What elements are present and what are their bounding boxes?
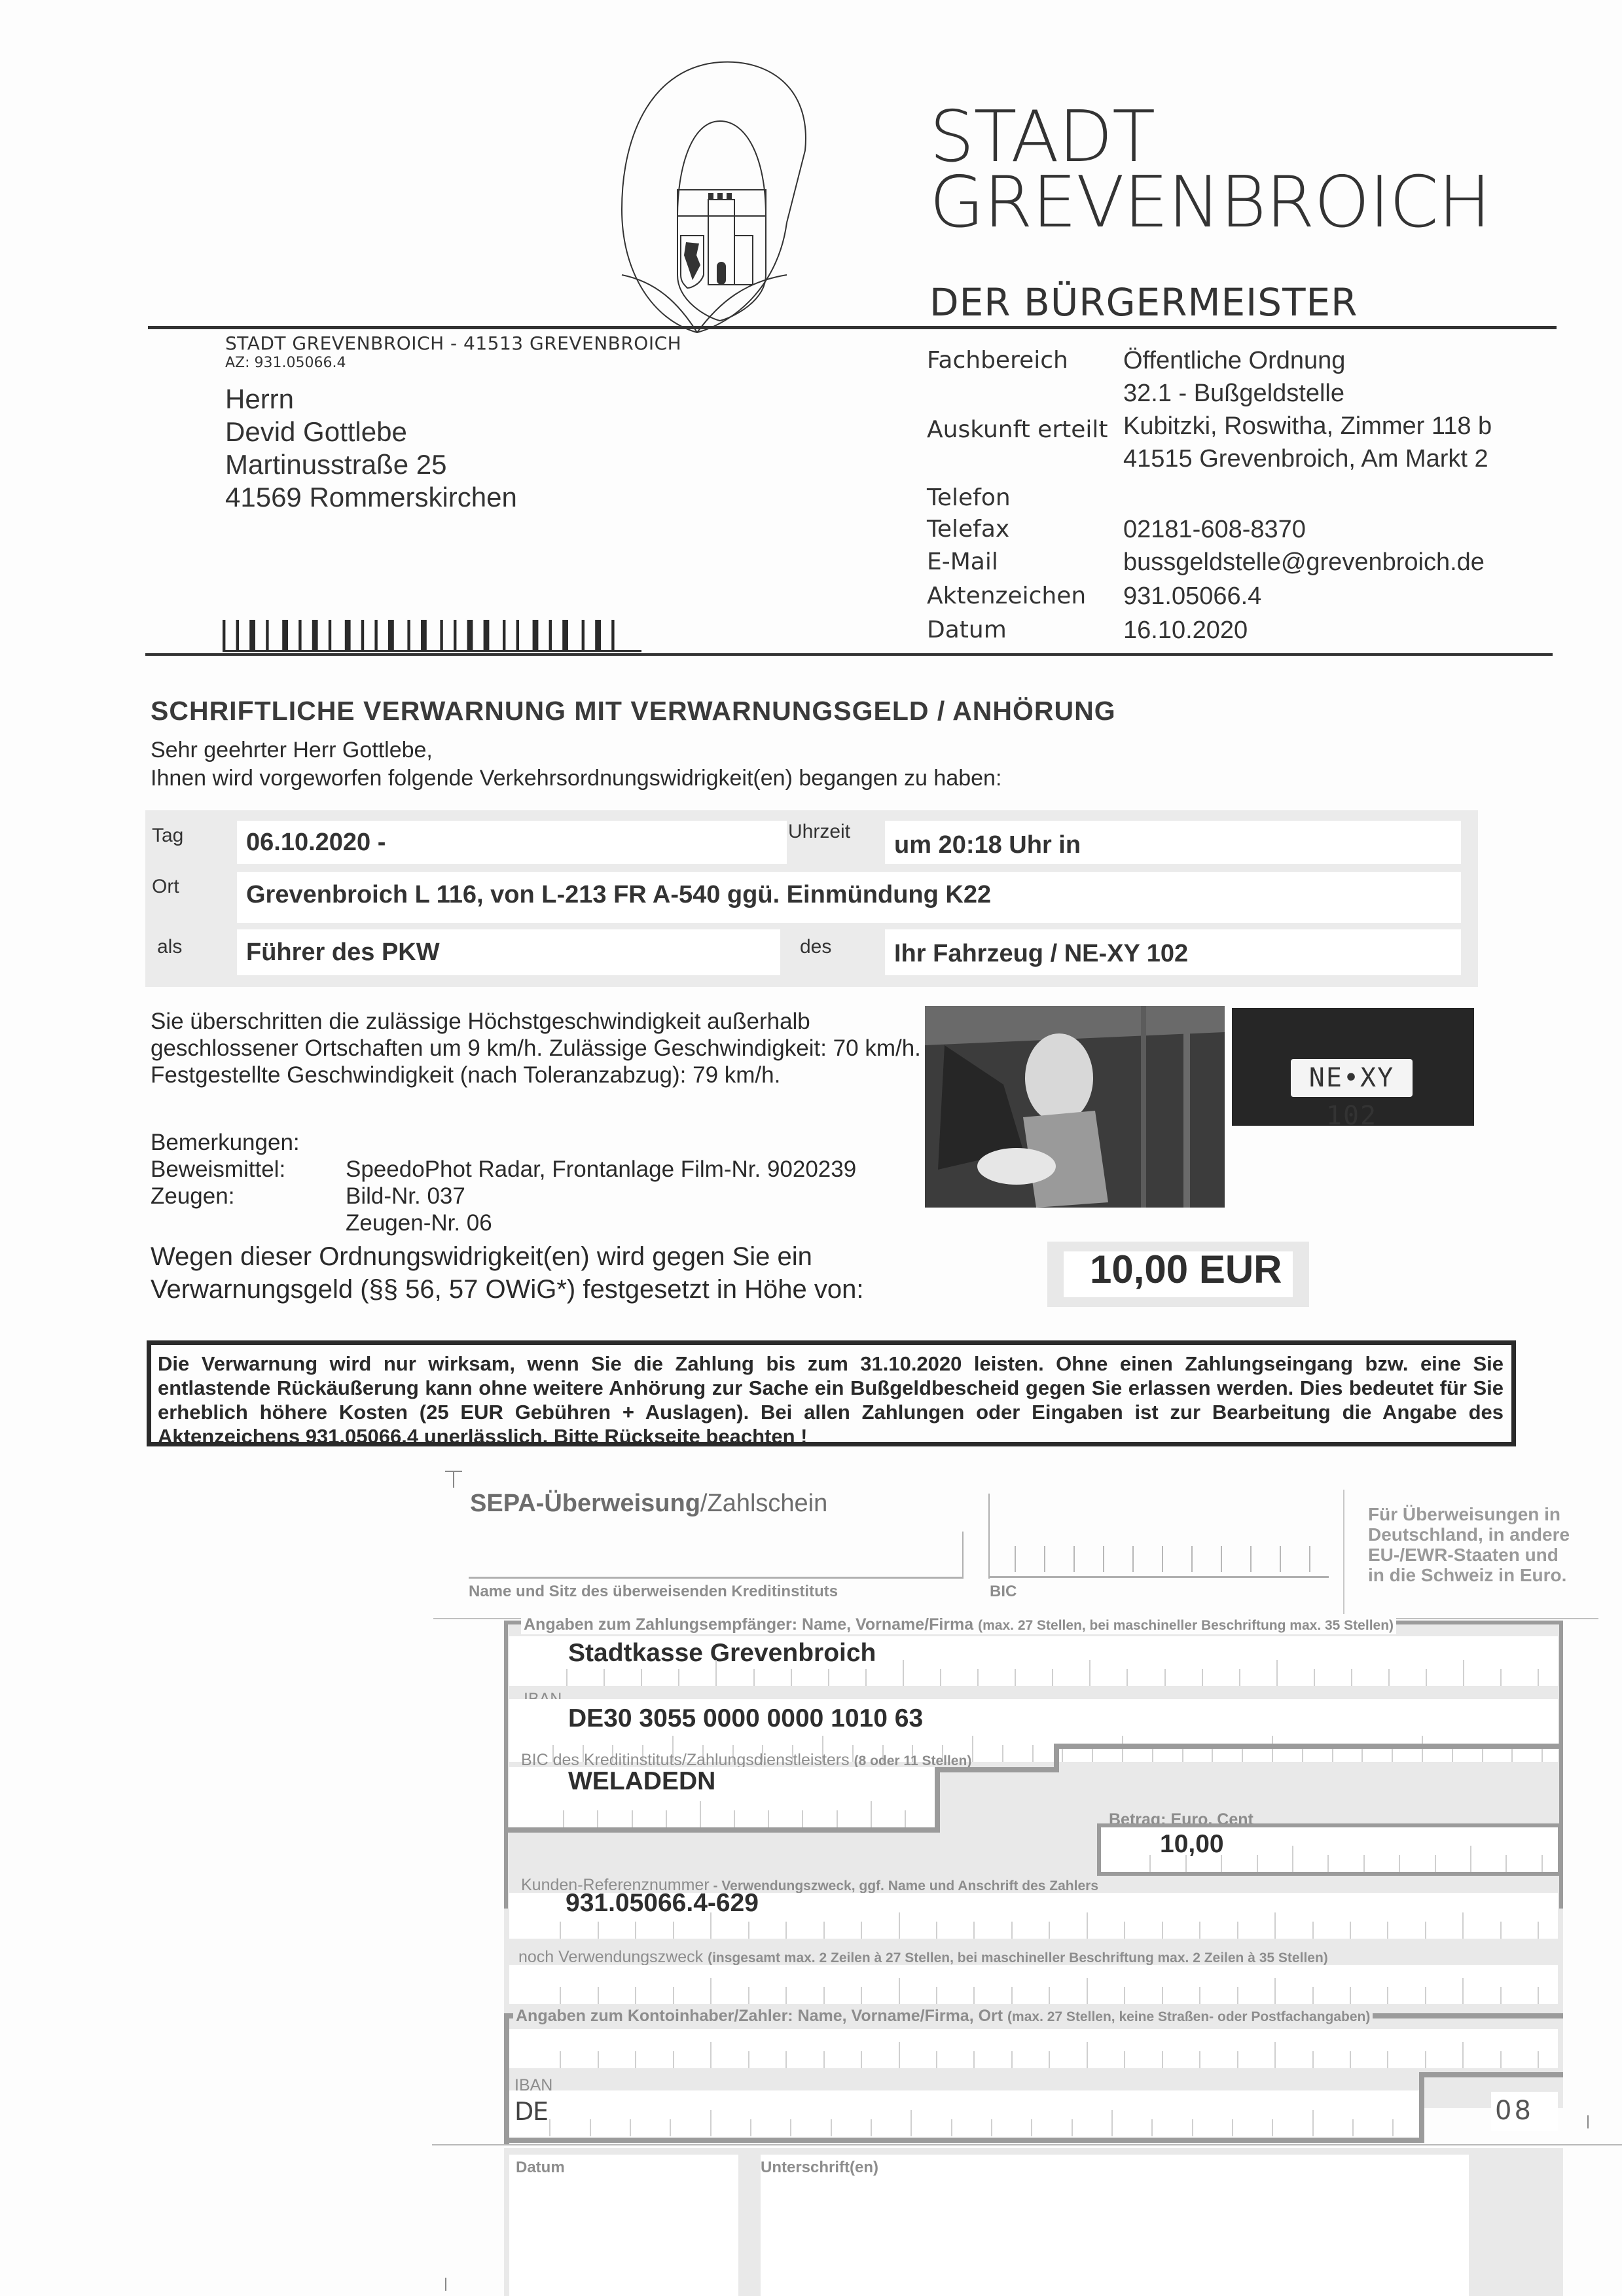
bic-frame-step (935, 1771, 940, 1833)
info-value: Kubitzki, Roswitha, Zimmer 118 b (1123, 412, 1492, 440)
payee-bic-value: WELADEDN (568, 1767, 715, 1796)
address-rule (145, 653, 1553, 656)
recipient-address: Herrn Devid Gottlebe Martinusstraße 25 4… (225, 383, 517, 514)
remarks-label: Bemerkungen: (151, 1129, 300, 1156)
bank-divider (962, 1532, 964, 1577)
payer-field[interactable] (509, 2029, 1558, 2068)
fine-statement: Wegen dieser Ordnungswidrigkeit(en) wird… (151, 1240, 863, 1306)
als-label: als (157, 936, 182, 958)
des-label: des (800, 936, 831, 958)
sepa-title-bold: SEPA-Überweisung (470, 1490, 700, 1517)
des-value: Ihr Fahrzeug / NE-XY 102 (894, 940, 1188, 968)
form-bottom-line (432, 2144, 1622, 2145)
uhrzeit-field: um 20:18 Uhr in (885, 821, 1461, 864)
edge-mark (445, 2278, 446, 2291)
payer-frame-step (1419, 2072, 1424, 2143)
recipient-city: 41569 Rommerskirchen (225, 481, 517, 514)
sender-bic-field[interactable] (988, 1494, 1329, 1579)
iban-frame-bottom (1054, 1744, 1562, 1749)
info-label: Auskunft erteilt (927, 416, 1108, 443)
witness-value-2: Zeugen-Nr. 06 (346, 1210, 492, 1236)
signature-label: Unterschrift(en) (761, 2159, 878, 2177)
payee-bic-field[interactable]: WELADEDN (509, 1767, 935, 1827)
date-label: Datum (516, 2159, 565, 2177)
brand-line-2: GREVENBROICH (929, 170, 1490, 236)
side-divider (1343, 1490, 1344, 1614)
uhrzeit-label: Uhrzeit (788, 821, 850, 843)
info-label: E-Mail (927, 548, 998, 575)
info-label: Aktenzeichen (927, 583, 1086, 609)
info-label: Fachbereich (927, 347, 1068, 374)
payee-label: Angaben zum Zahlungsempfänger: Name, Vor… (521, 1615, 1396, 1634)
header-rule (148, 326, 1557, 329)
als-field: Führer des PKW (237, 929, 780, 975)
info-value: 931.05066.4 (1123, 583, 1261, 611)
license-plate-photo: NE•XY 102 (1232, 1008, 1474, 1126)
recipient-name: Devid Gottlebe (225, 416, 517, 448)
recipient-street: Martinusstraße 25 (225, 448, 517, 481)
barcode (223, 619, 641, 653)
brand-line-1: STADT (929, 105, 1490, 170)
payer-frame-bottom (504, 2138, 1424, 2143)
uhrzeit-value: um 20:18 Uhr in (894, 831, 1081, 859)
tag-value: 06.10.2020 - (246, 829, 386, 857)
ort-field: Grevenbroich L 116, von L-213 FR A-540 g… (237, 872, 1461, 923)
sepa-side-note: Für Überweisungen in Deutschland, in and… (1368, 1504, 1577, 1585)
edge-mark (1587, 2115, 1589, 2128)
info-value: 32.1 - Bußgeldstelle (1123, 380, 1344, 408)
recipient-salutation: Herrn (225, 383, 517, 416)
bic-frame-step-top (935, 1767, 1059, 1772)
form-code-box: 08 (1491, 2092, 1558, 2131)
info-value: bussgeldstelle@grevenbroich.de (1123, 548, 1485, 577)
fold-mark (453, 1471, 454, 1488)
bic-frame-bottom (504, 1827, 940, 1833)
witness-value-1: Bild-Nr. 037 (346, 1183, 465, 1210)
offence-description: Sie überschritten die zulässige Höchstge… (151, 1008, 923, 1088)
form-code: 08 (1495, 2096, 1534, 2126)
info-value: 16.10.2020 (1123, 617, 1248, 645)
intro-text: Ihnen wird vorgeworfen folgende Verkehrs… (151, 766, 1001, 791)
brand-title: STADT GREVENBROICH (929, 105, 1490, 236)
sepa-title: SEPA-Überweisung/Zahlschein (470, 1490, 827, 1518)
return-address: STADT GREVENBROICH - 41513 GREVENBROICH (225, 332, 681, 354)
bank-label: Name und Sitz des überweisenden Kreditin… (469, 1583, 838, 1601)
payment-notice: Die Verwarnung wird nur wirksam, wenn Si… (147, 1340, 1516, 1446)
payee-field[interactable]: Stadtkasse Grevenbroich (509, 1636, 1558, 1686)
fine-amount: 10,00 EUR (1090, 1247, 1365, 1292)
payee-iban-value: DE30 3055 0000 0000 1010 63 (568, 1704, 923, 1733)
evidence-label: Beweismittel: (151, 1156, 285, 1183)
tag-label: Tag (152, 825, 183, 847)
salutation: Sehr geehrter Herr Gottlebe, (151, 738, 433, 763)
brand-subtitle: DER BÜRGERMEISTER (929, 280, 1358, 325)
payer-frame-step-top (1419, 2072, 1563, 2077)
reference-field[interactable]: 931.05066.4-629 (509, 1893, 1558, 1939)
az-reference: AZ: 931.05066.4 (225, 355, 346, 371)
des-field: Ihr Fahrzeug / NE-XY 102 (885, 929, 1461, 975)
bank-underline (469, 1577, 964, 1579)
payer-label: Angaben zum Kontoinhaber/Zahler: Name, V… (513, 2007, 1373, 2026)
info-label: Datum (927, 617, 1007, 643)
remarks: Bemerkungen: Beweismittel: SpeedoPhot Ra… (151, 1129, 923, 1240)
amount-field[interactable]: 10,00 (1097, 1823, 1562, 1876)
purpose-field[interactable] (509, 1965, 1558, 2004)
fine-line-1: Wegen dieser Ordnungswidrigkeit(en) wird… (151, 1240, 863, 1273)
evidence-value: SpeedoPhot Radar, Frontanlage Film-Nr. 9… (346, 1156, 856, 1183)
sepa-title-rest: /Zahlschein (700, 1490, 827, 1517)
radar-driver-photo (925, 1006, 1225, 1208)
als-value: Führer des PKW (246, 939, 440, 967)
witness-label: Zeugen: (151, 1183, 234, 1210)
payer-frame-left (504, 2013, 509, 2144)
info-label: Telefon (927, 484, 1011, 511)
fine-line-2: Verwarnungsgeld (§§ 56, 57 OWiG*) festge… (151, 1273, 863, 1306)
ort-value: Grevenbroich L 116, von L-213 FR A-540 g… (246, 881, 991, 909)
ort-label: Ort (152, 876, 179, 898)
info-value: Öffentliche Ordnung (1123, 347, 1345, 375)
payer-iban-field[interactable]: D E (509, 2090, 1419, 2136)
date-field[interactable]: Datum (509, 2155, 738, 2296)
signature-field[interactable]: Unterschrift(en) (761, 2155, 1469, 2296)
license-plate: NE•XY 102 (1291, 1059, 1413, 1097)
info-value: 02181-608-8370 (1123, 516, 1306, 544)
document-title: SCHRIFTLICHE VERWARNUNG MIT VERWARNUNGSG… (151, 696, 1116, 726)
info-value: 41515 Grevenbroich, Am Markt 2 (1123, 445, 1488, 473)
bic-top-label: BIC (990, 1583, 1017, 1601)
city-coat-of-arms-icon (615, 59, 903, 334)
info-label: Telefax (927, 516, 1009, 543)
tag-field: 06.10.2020 - (237, 821, 787, 864)
offence-grid: Tag 06.10.2020 - Uhrzeit um 20:18 Uhr in… (145, 810, 1478, 987)
purpose-label: noch Verwendungszweck (insgesamt max. 2 … (518, 1948, 1328, 1967)
